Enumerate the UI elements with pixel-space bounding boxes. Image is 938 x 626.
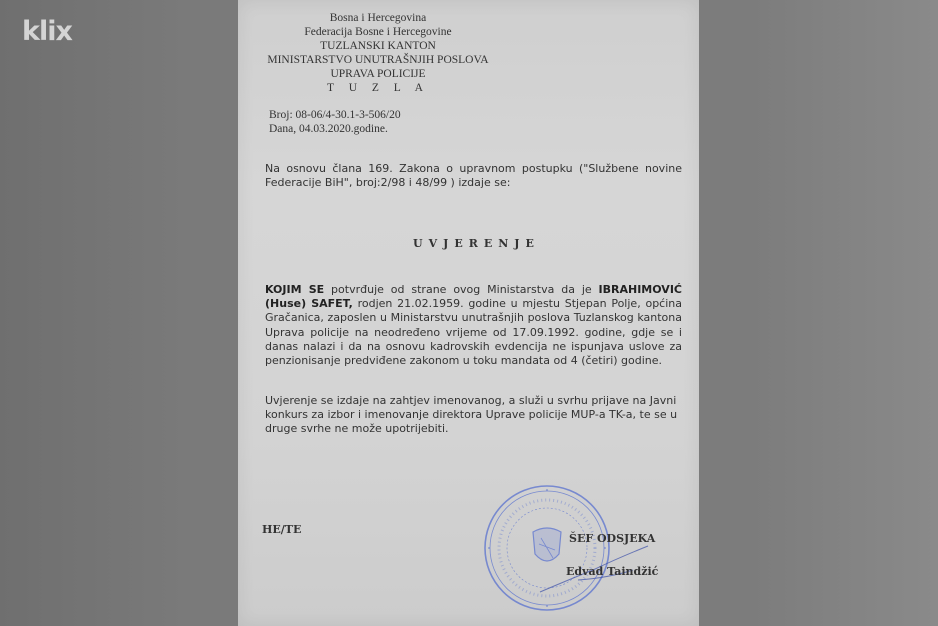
signatory-name: Edvad Taindžić — [566, 565, 658, 578]
header-line-country: Bosna i Hercegovina — [253, 11, 503, 25]
header-line-city: T U Z L A — [253, 81, 503, 95]
header-line-federation: Federacija Bosne i Hercegovine — [253, 25, 503, 39]
document-paper: Bosna i Hercegovina Federacija Bosne i H… — [238, 0, 699, 626]
intro-paragraph: Na osnovu člana 169. Zakona o upravnom p… — [265, 162, 682, 190]
document-title: UVJERENJE — [413, 237, 540, 250]
lead-bold: KOJIM SE — [265, 283, 324, 296]
document-number: Broj: 08-06/4-30.1-3-506/20 — [269, 108, 401, 122]
document-date: Dana, 04.03.2020.godine. — [269, 122, 401, 136]
purpose-paragraph: Uvjerenje se izdaje na zahtjev imenovano… — [265, 394, 682, 437]
initials: HE/TE — [262, 523, 301, 536]
header-line-ministry: MINISTARSTVO UNUTRAŠNJIH POSLOVA — [253, 53, 503, 67]
header-line-canton: TUZLANSKI KANTON — [253, 39, 503, 53]
paragraph1-part1: potvrđuje od strane ovog Ministarstva da… — [324, 283, 598, 296]
header-line-police: UPRAVA POLICIJE — [253, 67, 503, 81]
klix-logo: klix — [22, 16, 72, 47]
document-header: Bosna i Hercegovina Federacija Bosne i H… — [253, 11, 503, 95]
certificate-paragraph: KOJIM SE potvrđuje od strane ovog Minist… — [265, 283, 682, 368]
document-meta: Broj: 08-06/4-30.1-3-506/20 Dana, 04.03.… — [269, 108, 401, 136]
